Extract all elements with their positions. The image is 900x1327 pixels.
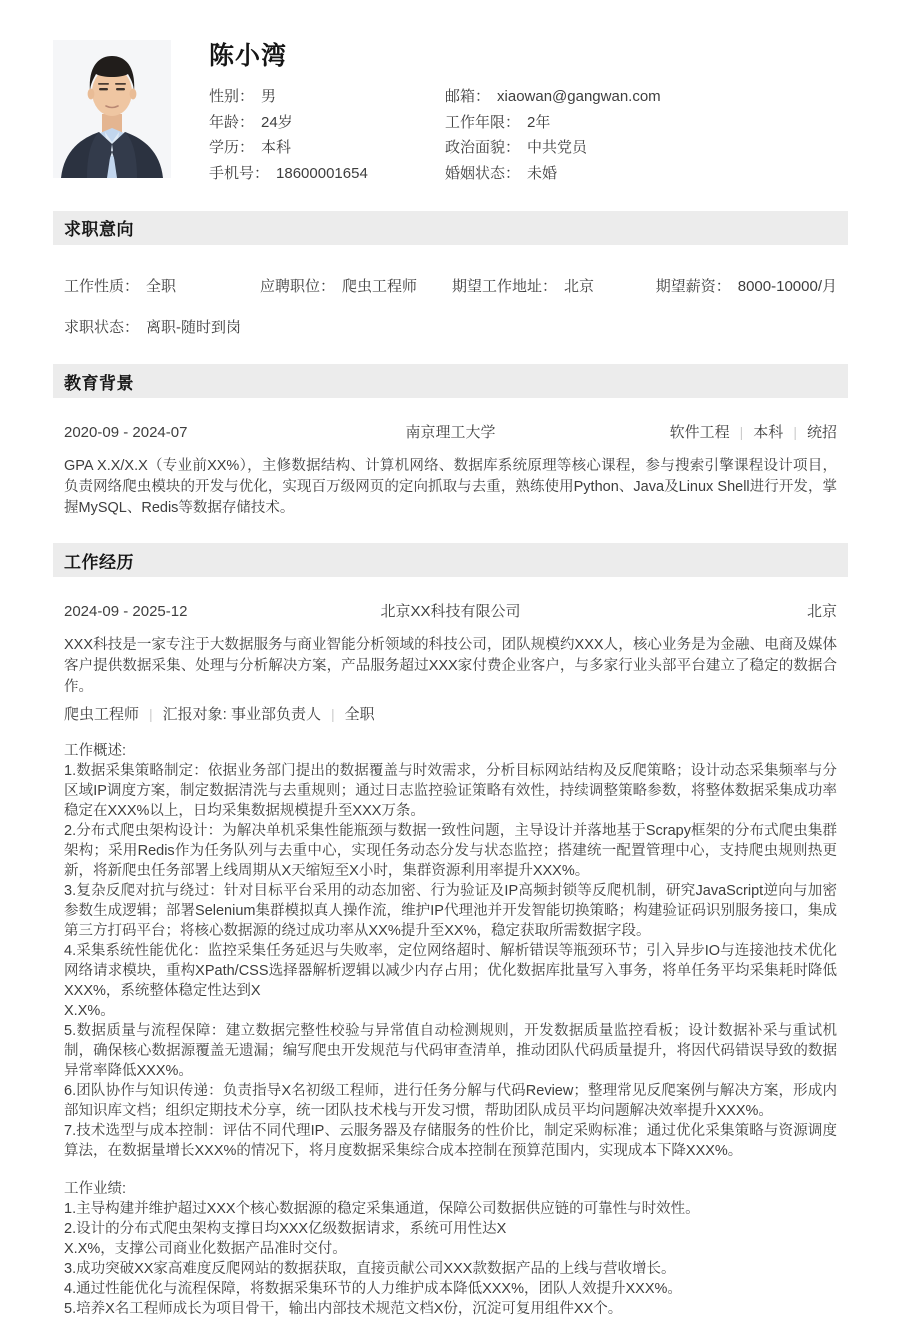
- section-title: 工作经历: [64, 548, 134, 573]
- education-tags: 软件工程|本科|统招: [582, 422, 837, 443]
- profile-summary: 陈小湾 性别：男年龄：24岁学历：本科手机号：18600001654 邮箱：xi…: [209, 40, 848, 187]
- section-title: 求职意向: [64, 215, 134, 240]
- work-role-line: 爬虫工程师|汇报对象: 事业部负责人|全职: [64, 704, 837, 725]
- field-label: 邮箱：: [445, 84, 490, 110]
- field-label: 期望工作地址：: [452, 274, 557, 300]
- field-value: 爬虫工程师: [342, 274, 417, 300]
- profile-info-left-column: 性别：男年龄：24岁学历：本科手机号：18600001654: [209, 84, 445, 187]
- profile-field: 婚姻状态：未婚: [445, 161, 848, 187]
- profile-field: 手机号：18600001654: [209, 161, 445, 187]
- profile-header: 陈小湾 性别：男年龄：24岁学历：本科手机号：18600001654 邮箱：xi…: [53, 40, 848, 187]
- field-value: 离职-随时到岗: [146, 315, 241, 341]
- work-overview-item: 6.团队协作与知识传递：负责指导X名初级工程师，进行任务分解与代码Review；…: [64, 1081, 837, 1121]
- field-value: 北京: [564, 274, 594, 300]
- field-label: 婚姻状态：: [445, 161, 520, 187]
- education-description: GPA X.X/X.X（专业前XX%），主修数据结构、计算机网络、数据库系统原理…: [64, 456, 837, 519]
- section-header-work-experience: 工作经历: [53, 543, 848, 577]
- tag-separator: |: [740, 422, 744, 443]
- field-value: xiaowan@gangwan.com: [497, 84, 661, 110]
- work-overview-item: 5.数据质量与流程保障：建立数据完整性校验与异常值自动检测规则，开发数据质量监控…: [64, 1021, 837, 1081]
- job-intention-field: 工作性质：全职: [64, 274, 260, 300]
- job-intention-field: 应聘职位：爬虫工程师: [260, 274, 452, 300]
- company-intro: XXX科技是一家专注于大数据服务与商业智能分析领域的科技公司，团队规模约XXX人…: [64, 635, 837, 698]
- work-overview-item: 2.分布式爬虫架构设计：为解决单机采集性能瓶颈与数据一致性问题，主导设计并落地基…: [64, 821, 837, 881]
- work-overview-items: 1.数据采集策略制定：依据业务部门提出的数据覆盖与时效需求，分析目标网站结构及反…: [64, 761, 837, 1161]
- field-value: 8000-10000/月: [738, 274, 837, 300]
- profile-field: 性别：男: [209, 84, 445, 110]
- job-intention-field: 期望薪资：8000-10000/月: [656, 274, 837, 300]
- field-label: 应聘职位：: [260, 274, 335, 300]
- tag-separator: |: [331, 704, 335, 725]
- work-overview-item: 4.采集系统性能优化：监控采集任务延迟与失败率，定位网络超时、解析错误等瓶颈环节…: [64, 941, 837, 1021]
- profile-field: 邮箱：xiaowan@gangwan.com: [445, 84, 848, 110]
- education-tag: 统招: [807, 422, 837, 443]
- field-label: 学历：: [209, 135, 254, 161]
- work-achievement-block: 工作业绩: 1.主导构建并维护超过XXX个核心数据源的稳定采集通道，保障公司数据…: [64, 1179, 837, 1319]
- resume-page: 陈小湾 性别：男年龄：24岁学历：本科手机号：18600001654 邮箱：xi…: [0, 0, 900, 1327]
- job-intention-field: 期望工作地址：北京: [452, 274, 656, 300]
- education-tag: 本科: [753, 422, 783, 443]
- profile-photo: [53, 40, 171, 178]
- field-value: 24岁: [261, 110, 293, 136]
- field-label: 年龄：: [209, 110, 254, 136]
- profile-info-right-column: 邮箱：xiaowan@gangwan.com工作年限：2年政治面貌：中共党员婚姻…: [445, 84, 848, 187]
- education-period: 2020-09 - 2024-07: [64, 422, 319, 443]
- education-tag: 软件工程: [670, 422, 730, 443]
- work-achievement-item: 1.主导构建并维护超过XXX个核心数据源的稳定采集通道，保障公司数据供应链的可靠…: [64, 1199, 837, 1219]
- section-header-education: 教育背景: [53, 364, 848, 398]
- tag-separator: |: [149, 704, 153, 725]
- work-achievement-item: 2.设计的分布式爬虫架构支撑日均XXX亿级数据请求，系统可用性达X X.X%，支…: [64, 1219, 837, 1259]
- field-value: 男: [261, 84, 276, 110]
- tag-separator: |: [793, 422, 797, 443]
- field-label: 工作性质：: [64, 274, 139, 300]
- work-overview-item: 3.复杂反爬对抗与绕过：针对目标平台采用的动态加密、行为验证及IP高频封锁等反爬…: [64, 881, 837, 941]
- work-company: 北京XX科技有限公司: [319, 601, 582, 622]
- field-value: 中共党员: [527, 135, 587, 161]
- profile-field: 政治面貌：中共党员: [445, 135, 848, 161]
- work-experience-body: 2024-09 - 2025-12 北京XX科技有限公司 北京 XXX科技是一家…: [53, 601, 848, 1319]
- section-title: 教育背景: [64, 369, 134, 394]
- work-period: 2024-09 - 2025-12: [64, 601, 319, 622]
- field-label: 工作年限：: [445, 110, 520, 136]
- field-label: 求职状态：: [64, 315, 139, 341]
- education-school: 南京理工大学: [319, 422, 582, 443]
- section-work-experience: 工作经历 2024-09 - 2025-12 北京XX科技有限公司 北京 XXX…: [53, 543, 848, 1319]
- work-overview-block: 工作概述: 1.数据采集策略制定：依据业务部门提出的数据覆盖与时效需求，分析目标…: [64, 741, 837, 1161]
- profile-field: 年龄：24岁: [209, 110, 445, 136]
- profile-field: 工作年限：2年: [445, 110, 848, 136]
- field-label: 性别：: [209, 84, 254, 110]
- work-role-tag: 汇报对象: 事业部负责人: [163, 704, 321, 725]
- profile-field: 学历：本科: [209, 135, 445, 161]
- profile-info: 性别：男年龄：24岁学历：本科手机号：18600001654 邮箱：xiaowa…: [209, 84, 848, 187]
- work-overview-item: 7.技术选型与成本控制：评估不同代理IP、云服务器及存储服务的性价比，制定采购标…: [64, 1121, 837, 1161]
- work-role-tag: 全职: [345, 704, 375, 725]
- field-label: 政治面貌：: [445, 135, 520, 161]
- work-achievement-heading: 工作业绩:: [64, 1179, 837, 1199]
- job-intention-field: 求职状态：离职-随时到岗: [64, 315, 260, 341]
- education-body: 2020-09 - 2024-07 南京理工大学 软件工程|本科|统招 GPA …: [53, 422, 848, 519]
- work-overview-item: 1.数据采集策略制定：依据业务部门提出的数据覆盖与时效需求，分析目标网站结构及反…: [64, 761, 837, 821]
- work-entry-header: 2024-09 - 2025-12 北京XX科技有限公司 北京: [64, 601, 837, 622]
- candidate-name: 陈小湾: [209, 41, 848, 71]
- field-value: 全职: [146, 274, 176, 300]
- section-header-job-intention: 求职意向: [53, 211, 848, 245]
- field-label: 期望薪资：: [656, 274, 731, 300]
- work-achievement-items: 1.主导构建并维护超过XXX个核心数据源的稳定采集通道，保障公司数据供应链的可靠…: [64, 1199, 837, 1319]
- field-value: 2年: [527, 110, 550, 136]
- field-value: 18600001654: [276, 161, 368, 187]
- work-overview-heading: 工作概述:: [64, 741, 837, 761]
- work-achievement-item: 3.成功突破XX家高难度反爬网站的数据获取，直接贡献公司XXX款数据产品的上线与…: [64, 1259, 837, 1279]
- work-role-tag: 爬虫工程师: [64, 704, 139, 725]
- field-value: 本科: [261, 135, 291, 161]
- work-achievement-item: 4.通过性能优化与流程保障，将数据采集环节的人力维护成本降低XXX%，团队人效提…: [64, 1279, 837, 1299]
- section-education: 教育背景 2020-09 - 2024-07 南京理工大学 软件工程|本科|统招…: [53, 364, 848, 519]
- job-intention-row-2: 求职状态：离职-随时到岗: [64, 315, 837, 341]
- education-entry-header: 2020-09 - 2024-07 南京理工大学 软件工程|本科|统招: [64, 422, 837, 443]
- field-label: 手机号：: [209, 161, 269, 187]
- job-intention-row-1: 工作性质：全职应聘职位：爬虫工程师期望工作地址：北京期望薪资：8000-1000…: [64, 274, 837, 300]
- field-value: 未婚: [527, 161, 557, 187]
- section-job-intention: 求职意向 工作性质：全职应聘职位：爬虫工程师期望工作地址：北京期望薪资：8000…: [53, 211, 848, 340]
- job-intention-body: 工作性质：全职应聘职位：爬虫工程师期望工作地址：北京期望薪资：8000-1000…: [53, 274, 848, 340]
- work-achievement-item: 5.培养X名工程师成长为项目骨干，输出内部技术规范文档X份，沉淀可复用组件XX个…: [64, 1299, 837, 1319]
- work-location: 北京: [582, 601, 837, 622]
- portrait-illustration: [53, 40, 171, 178]
